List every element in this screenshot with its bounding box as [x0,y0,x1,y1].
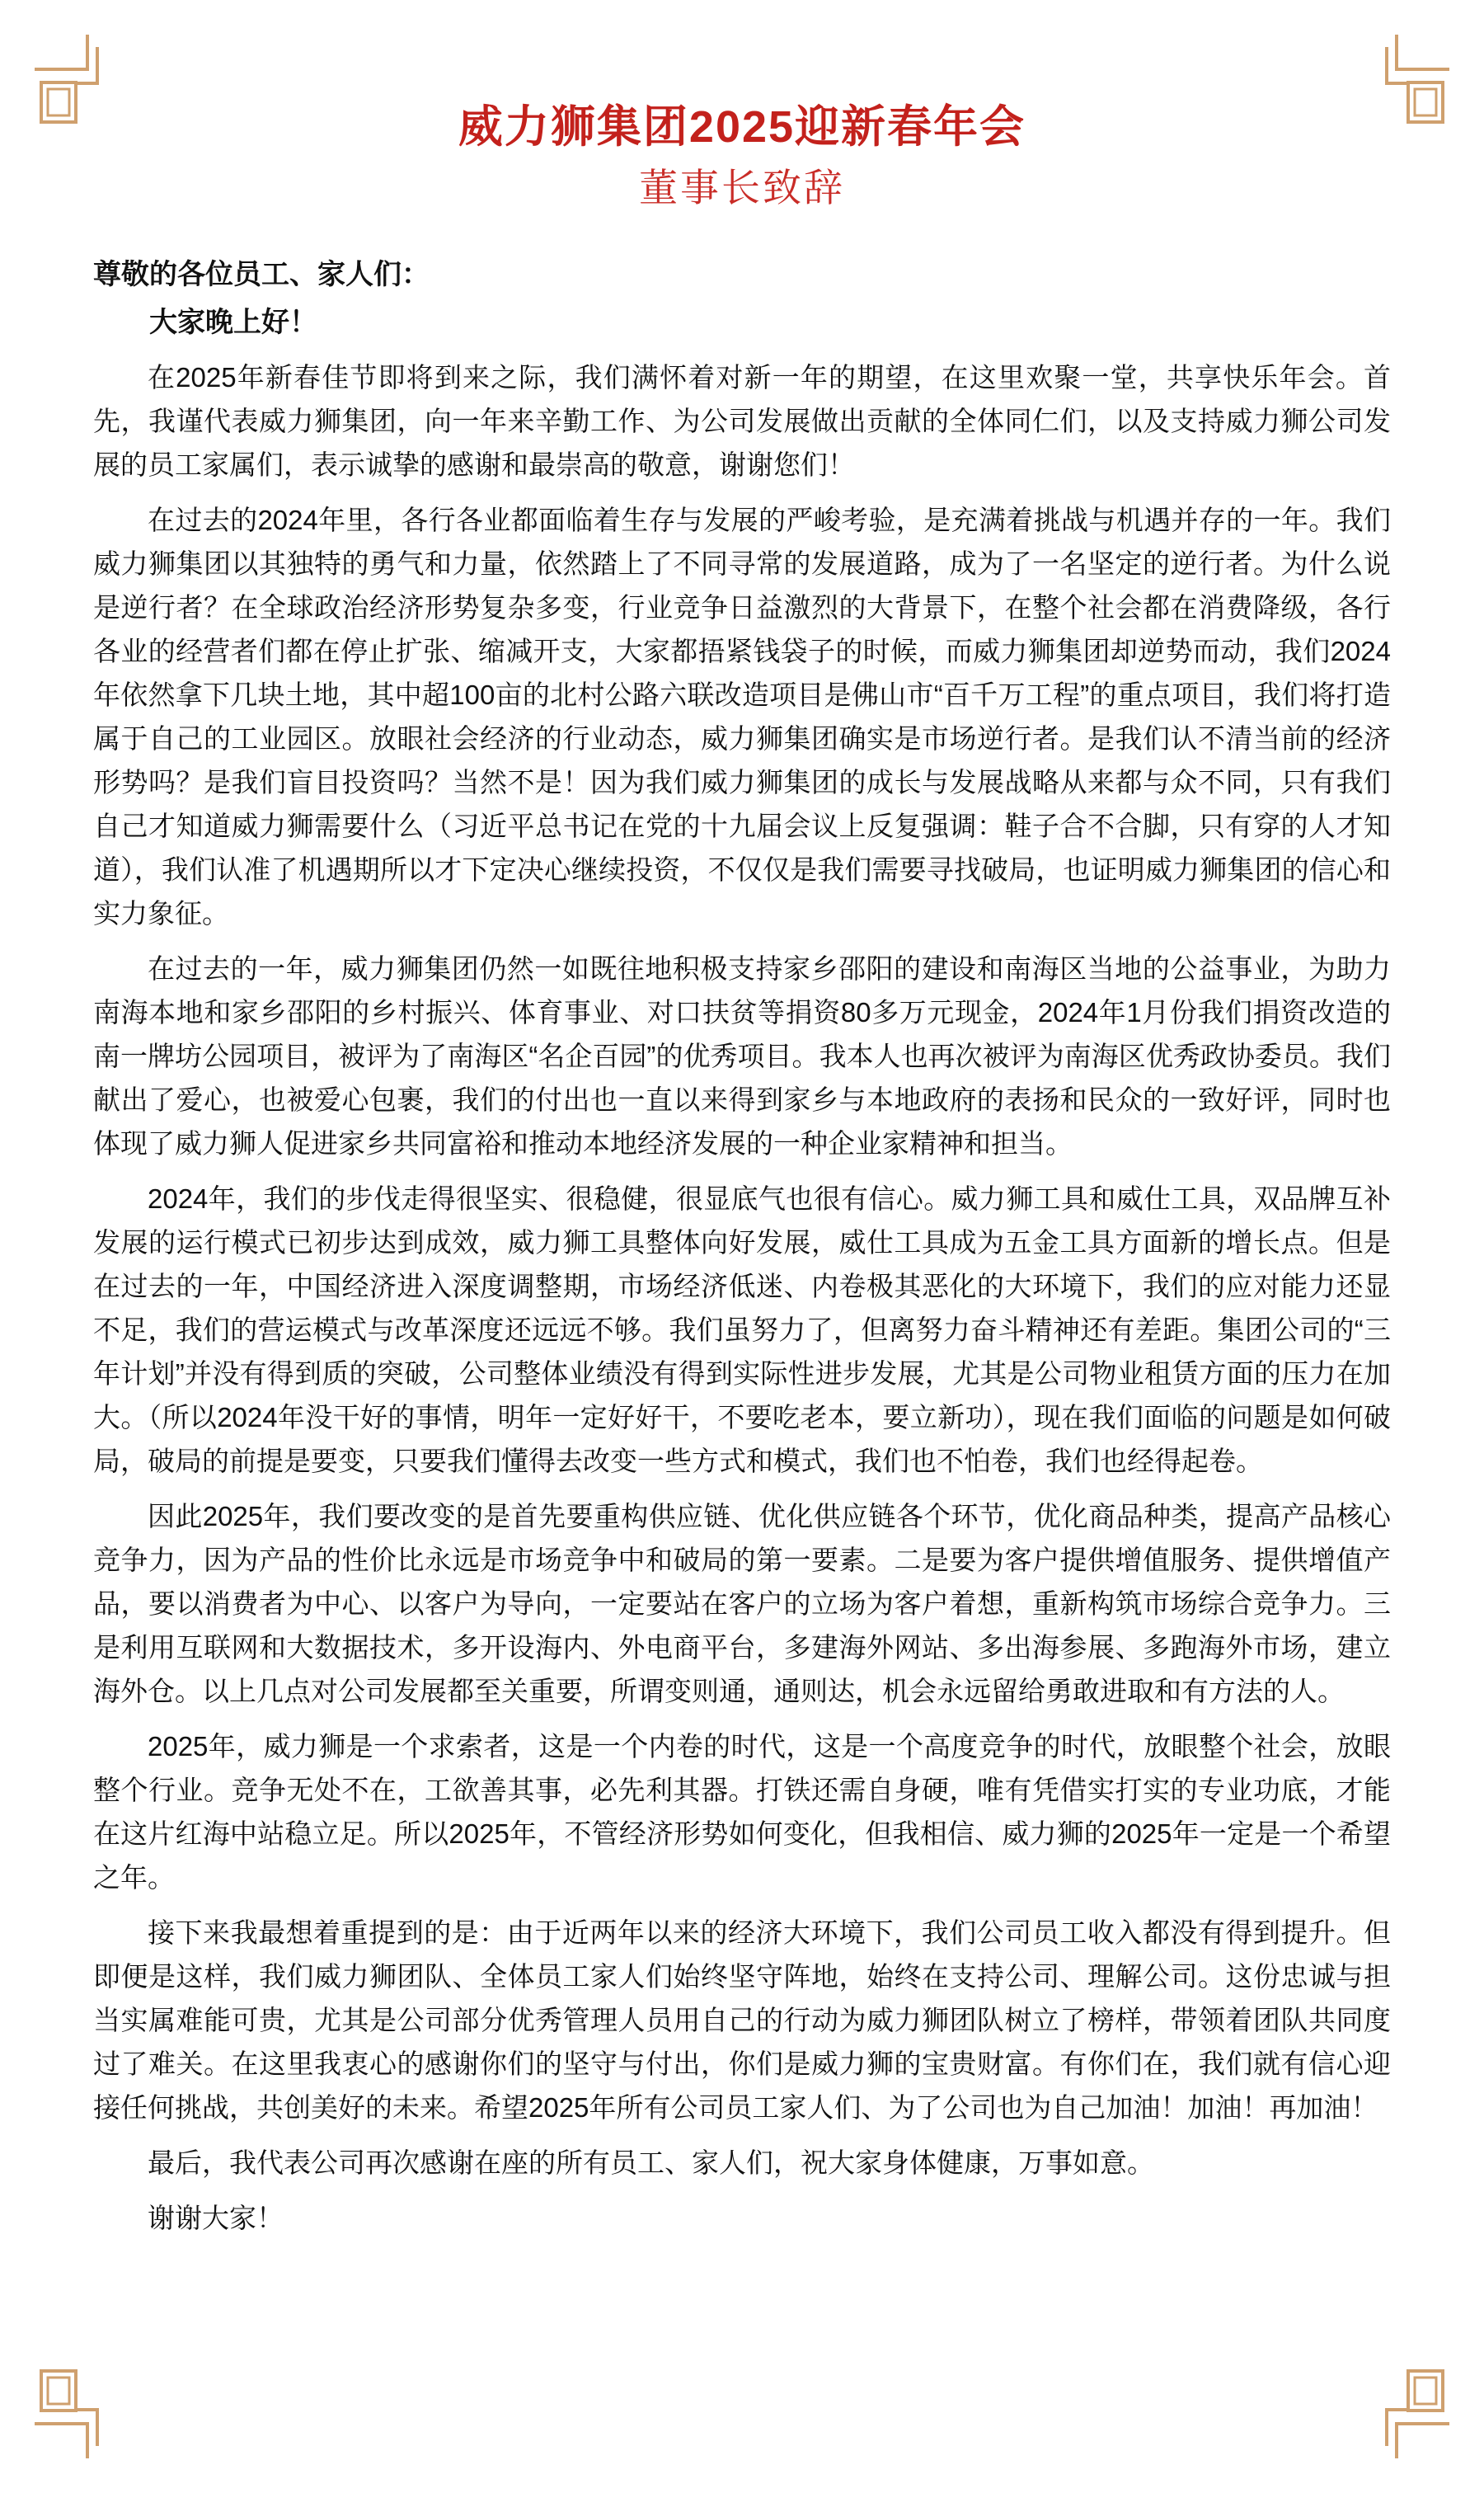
document-page: 威力狮集团2025迎新春年会 董事长致辞 尊敬的各位员工、家人们： 大家晚上好！… [0,0,1484,2493]
salutation-line: 尊敬的各位员工、家人们： [93,253,1391,296]
speech-paragraph-7: 接下来我最想着重提到的是：由于近两年以来的经济大环境下，我们公司员工收入都没有得… [93,1911,1391,2129]
speech-paragraph-closing: 最后，我代表公司再次感谢在座的所有员工、家人们，祝大家身体健康，万事如意。 [93,2141,1391,2185]
speech-paragraph-thanks: 谢谢大家！ [93,2196,1391,2240]
speech-paragraph-1: 在2025年新春佳节即将到来之际，我们满怀着对新一年的期望，在这里欢聚一堂，共享… [93,355,1391,487]
speech-body: 在2025年新春佳节即将到来之际，我们满怀着对新一年的期望，在这里欢聚一堂，共享… [93,355,1391,2240]
greeting-line: 大家晚上好！ [93,301,1391,344]
speech-paragraph-3: 在过去的一年，威力狮集团仍然一如既往地积极支持家乡邵阳的建设和南海区当地的公益事… [93,947,1391,1165]
page-title: 威力狮集团2025迎新春年会 [93,101,1391,154]
page-subtitle: 董事长致辞 [93,166,1391,210]
speech-paragraph-4: 2024年，我们的步伐走得很坚实、很稳健，很显底气也很有信心。威力狮工具和威仕工… [93,1177,1391,1483]
speech-paragraph-2: 在过去的2024年里，各行各业都面临着生存与发展的严峻考验，是充满着挑战与机遇并… [93,498,1391,935]
speech-document: 威力狮集团2025迎新春年会 董事长致辞 尊敬的各位员工、家人们： 大家晚上好！… [93,101,1391,2240]
speech-paragraph-6: 2025年，威力狮是一个求索者，这是一个内卷的时代，这是一个高度竞争的时代，放眼… [93,1724,1391,1899]
speech-paragraph-5: 因此2025年，我们要改变的是首先要重构供应链、优化供应链各个环节，优化商品种类… [93,1494,1391,1713]
